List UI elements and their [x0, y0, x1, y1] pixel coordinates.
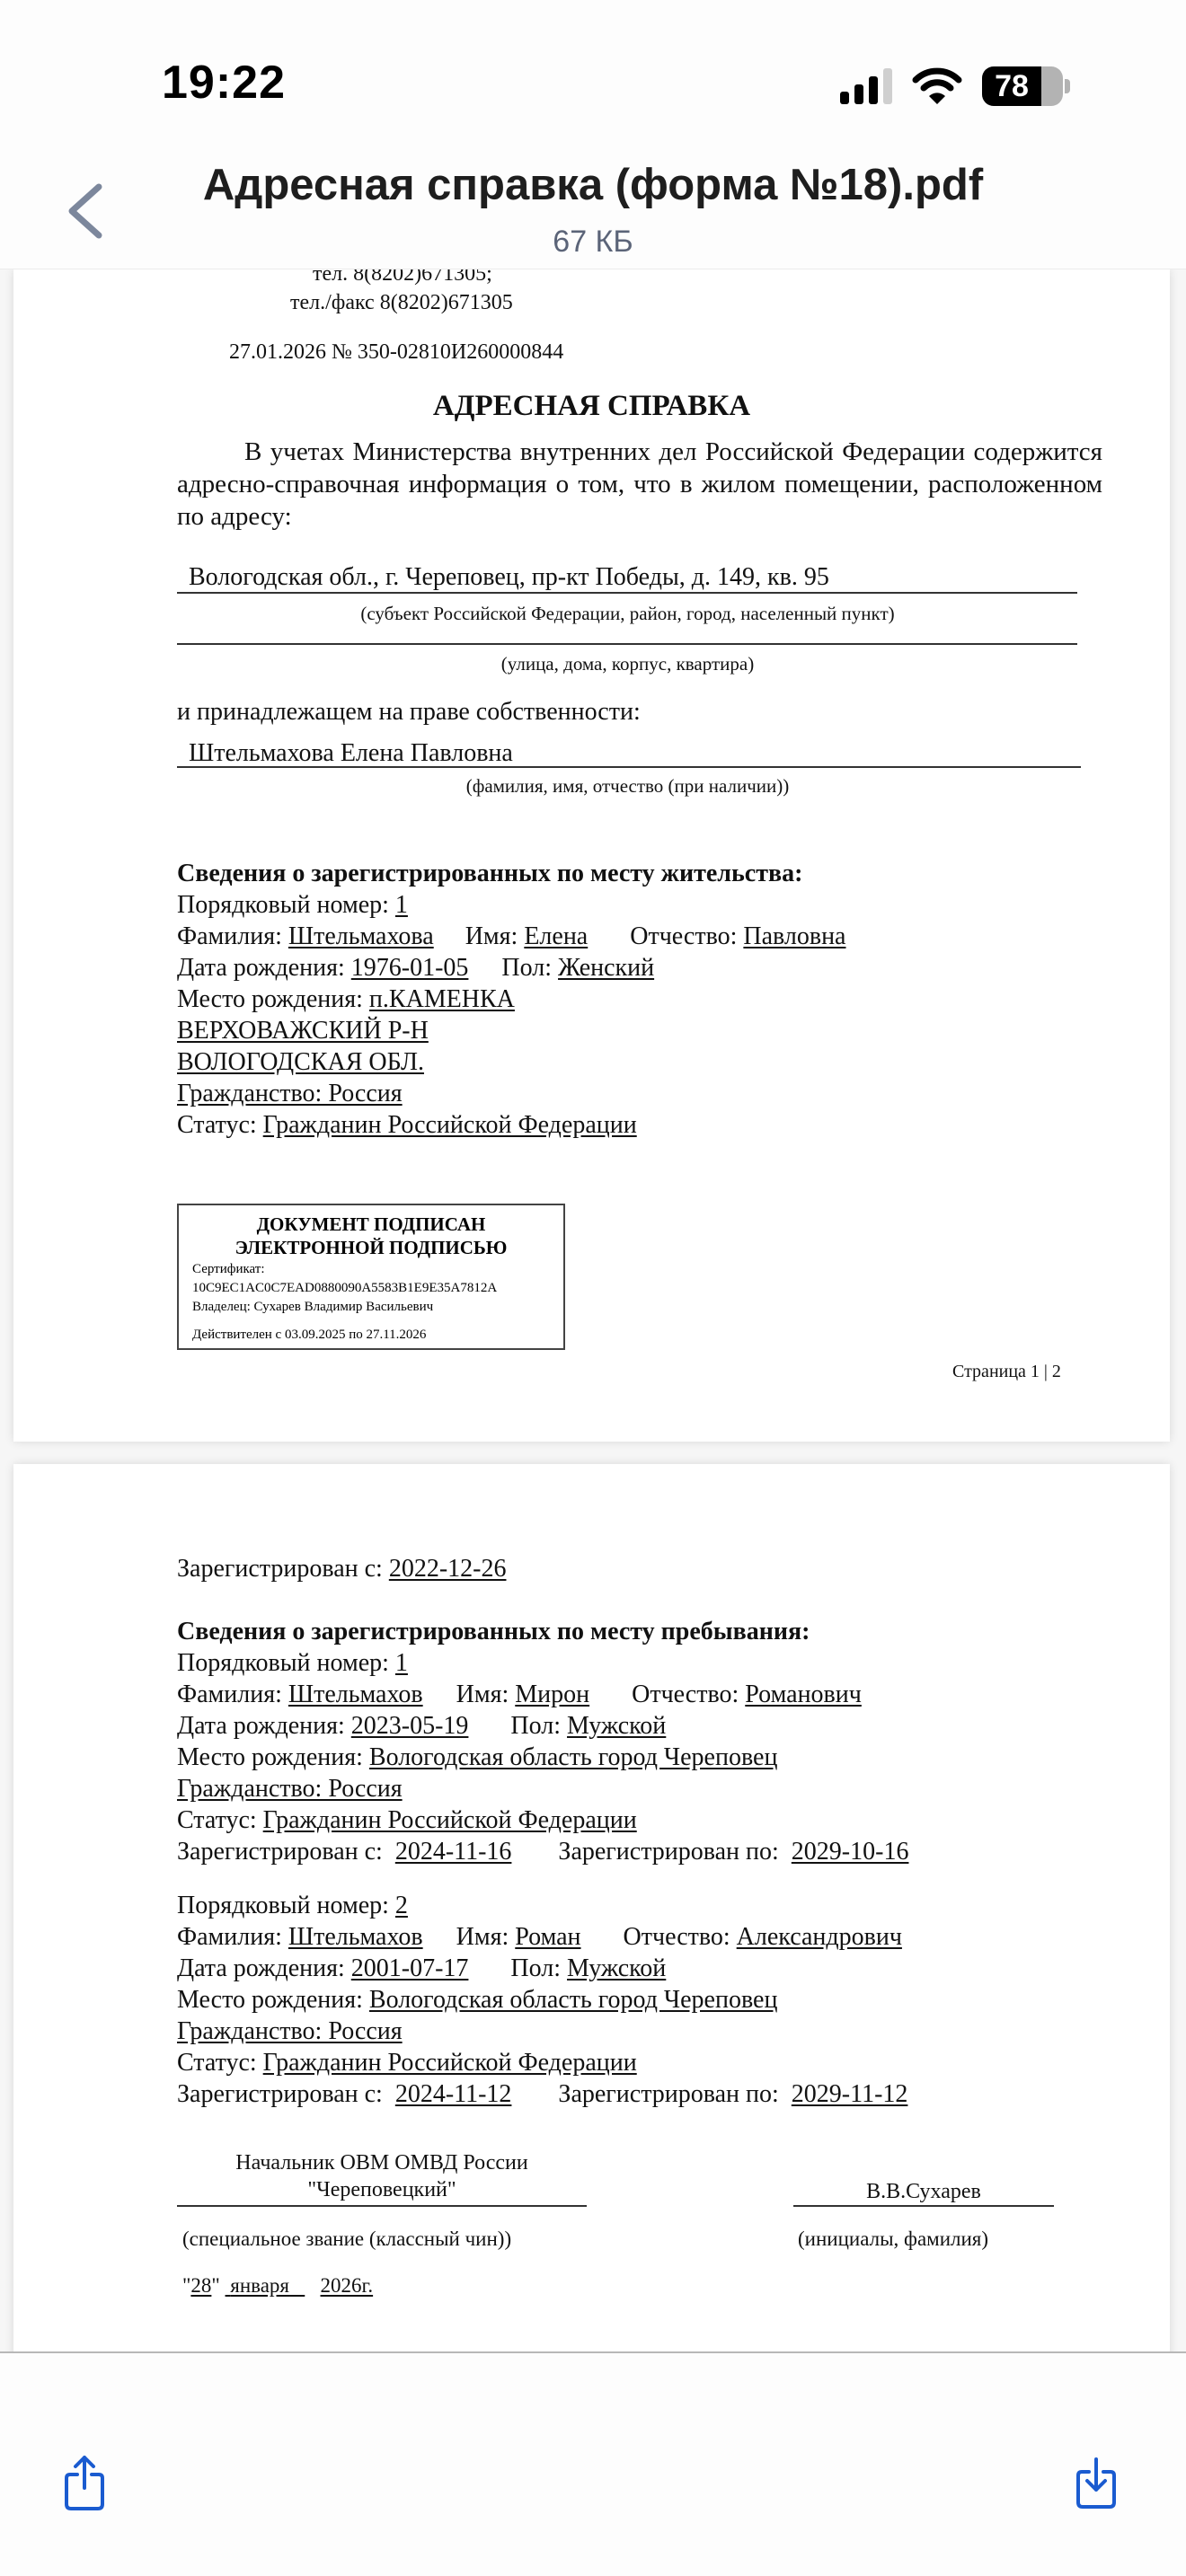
document-heading: АДРЕСНАЯ СПРАВКА: [13, 391, 1170, 421]
certificate-id: 10C9EC1AC0C7EAD0880090A5583B1E9E35A7812A: [192, 1280, 497, 1296]
person-2-number: Порядковый номер: 2: [177, 1891, 408, 1921]
wifi-icon: [912, 67, 962, 105]
resident-birthplace: Место рождения: п.КАМЕНКА: [177, 984, 515, 1015]
person-2-citizenship: Гражданство: Россия: [177, 2016, 403, 2047]
status-time: 19:22: [162, 56, 286, 110]
name-line: [793, 2205, 1054, 2207]
person-1-dob: Дата рождения: 2023-05-19 Пол: Мужской: [177, 1711, 666, 1742]
certificate-owner: Владелец: Сухарев Владимир Васильевич: [192, 1299, 433, 1315]
ownership-label: и принадлежащем на праве собственности:: [177, 697, 641, 728]
bottom-toolbar: [0, 2351, 1186, 2576]
page-number: Страница 1 | 2: [952, 1356, 1061, 1387]
owner-line: [177, 766, 1081, 768]
resident-status: Статус: Гражданин Российской Федерации: [177, 1110, 637, 1141]
address-caption-2: (улица, дома, корпус, квартира): [13, 648, 1186, 679]
status-icons: 78: [840, 66, 1070, 106]
signature-date: "28" января 2026г.: [182, 2271, 373, 2301]
person-1-citizenship: Гражданство: Россия: [177, 1774, 403, 1804]
name-caption: (инициалы, фамилия): [798, 2224, 988, 2254]
document-title: Адресная справка (форма №18).pdf: [0, 160, 1186, 210]
person-2-registration-period: Зарегистрирован с: 2024-11-12 Зарегистри…: [177, 2079, 907, 2110]
position-caption: (специальное звание (классный чин)): [182, 2224, 511, 2254]
signer-position: Начальник ОВМ ОМВД России "Череповецкий": [177, 2149, 587, 2203]
residence-heading: Сведения о зарегистрированных по месту ж…: [177, 859, 802, 889]
cellular-signal-icon: [840, 68, 892, 104]
resident-citizenship: Гражданство: Россия: [177, 1079, 403, 1109]
position-line: [177, 2205, 587, 2207]
resident-dob: Дата рождения: 1976-01-05 Пол: Женский: [177, 953, 654, 984]
battery-icon: 78: [982, 66, 1063, 106]
stay-heading: Сведения о зарегистрированных по месту п…: [177, 1617, 810, 1647]
person-2-status: Статус: Гражданин Российской Федерации: [177, 2048, 637, 2078]
save-to-files-button[interactable]: [1069, 2452, 1123, 2515]
share-icon: [58, 2452, 111, 2515]
intro-paragraph: В учетах Министерства внутренних дел Рос…: [177, 436, 1102, 533]
resident-number: Порядковый номер: 1: [177, 890, 408, 921]
owner-name: Штельмахова Елена Павловна: [189, 738, 513, 769]
resident-fullname: Фамилия: Штельмахова Имя: Елена Отчество…: [177, 922, 845, 952]
signer-name: В.В.Сухарев: [793, 2176, 1054, 2207]
person-2-fullname: Фамилия: Штельмахов Имя: Роман Отчество:…: [177, 1922, 902, 1953]
person-1-birthplace: Место рождения: Вологодская область горо…: [177, 1742, 777, 1773]
pdf-page-1: тел. 8(8202)671305; тел./факс 8(8202)671…: [13, 269, 1170, 1442]
resident-birthplace-district: ВЕРХОВАЖСКИЙ Р-Н: [177, 1016, 429, 1046]
person-1-number: Порядковый номер: 1: [177, 1648, 408, 1679]
registered-since: Зарегистрирован с: 2022-12-26: [177, 1554, 506, 1584]
share-button[interactable]: [58, 2452, 111, 2515]
owner-caption: (фамилия, имя, отчество (при наличии)): [13, 771, 1186, 801]
resident-birthplace-region: ВОЛОГОДСКАЯ ОБЛ.: [177, 1047, 424, 1078]
contact-fax: тел./факс 8(8202)671305: [290, 287, 513, 318]
address-value: Вологодская обл., г. Череповец, пр-кт По…: [189, 562, 829, 593]
street-line: [177, 643, 1077, 645]
person-2-dob: Дата рождения: 2001-07-17 Пол: Мужской: [177, 1954, 666, 1984]
battery-percent: 78: [982, 69, 1041, 104]
top-bar: 19:22 78 Адресная справка (форма №18).pd…: [0, 0, 1186, 269]
address-line: [177, 592, 1077, 594]
person-1-status: Статус: Гражданин Российской Федерации: [177, 1805, 637, 1836]
person-1-fullname: Фамилия: Штельмахов Имя: Мирон Отчество:…: [177, 1680, 862, 1710]
person-2-birthplace: Место рождения: Вологодская область горо…: [177, 1985, 777, 2016]
person-1-registration-period: Зарегистрирован с: 2024-11-16 Зарегистри…: [177, 1837, 908, 1867]
document-reference: 27.01.2026 № 350-02810И260000844: [229, 337, 563, 367]
certificate-validity: Действителен с 03.09.2025 по 27.11.2026: [192, 1327, 426, 1343]
e-signature-stamp: ДОКУМЕНТ ПОДПИСАН ЭЛЕКТРОННОЙ ПОДПИСЬЮ С…: [177, 1204, 565, 1350]
pdf-page-2: Зарегистрирован с: 2022-12-26 Сведения о…: [13, 1464, 1170, 2362]
file-size: 67 КБ: [0, 225, 1186, 260]
address-caption-1: (субъект Российской Федерации, район, го…: [13, 598, 1186, 629]
download-icon: [1069, 2452, 1123, 2515]
